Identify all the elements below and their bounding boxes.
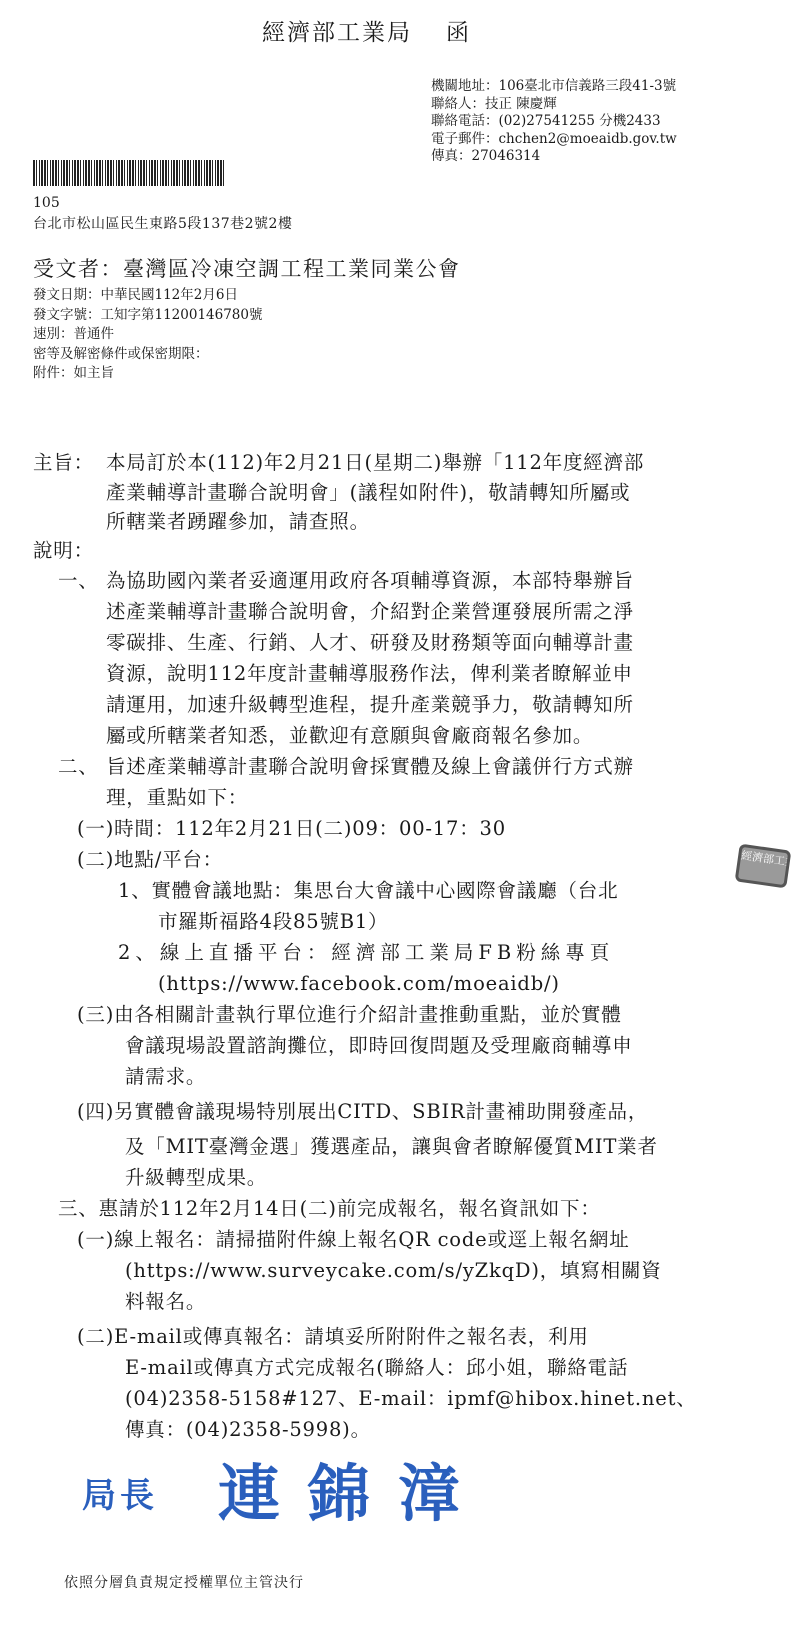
item1-line: 請運用，加速升級轉型進程，提升產業競爭力，敬請轉知所 xyxy=(106,690,634,720)
speed-class: 速別：普通件 xyxy=(33,325,262,345)
mailing-address: 台北市松山區民生東路5段137巷2號2樓 xyxy=(33,213,292,233)
subject-line: 產業輔導計畫聯合說明會」(議程如附件)，敬請轉知所屬或 xyxy=(106,478,644,508)
attachment: 附件：如主旨 xyxy=(33,364,262,384)
mailing-zip: 105 xyxy=(33,195,60,211)
venue-online-url: (https://www.facebook.com/moeaidb/) xyxy=(158,969,560,999)
barcode-image xyxy=(33,160,226,186)
doc-type: 函 xyxy=(446,20,471,46)
item2-sub4-line: 及「MIT臺灣金選」獲選產品，讓與會者瞭解優質MIT業者 xyxy=(125,1132,658,1162)
venue-physical: 1、實體會議地點：集思台大會議中心國際會議廳（台北 xyxy=(118,876,618,906)
item2-sub3-line: (三)由各相關計畫執行單位進行介紹計畫推動重點，並於實體 xyxy=(77,1000,622,1030)
subject-label: 主旨： xyxy=(33,448,94,478)
subject-text: 本局訂於本(112)年2月21日(星期二)舉辦「112年度經濟部 產業輔導計畫聯… xyxy=(106,448,644,537)
subject-line: 所轄業者踴躍參加，請查照。 xyxy=(106,507,644,537)
item3-sub1-url: (https://www.surveycake.com/s/yZkqD)，填寫相… xyxy=(125,1256,662,1286)
contact-fax: 傳真：27046314 xyxy=(431,148,677,166)
item1-line: 為協助國內業者妥適運用政府各項輔導資源，本部特舉辦旨 xyxy=(106,566,634,596)
subject-line: 本局訂於本(112)年2月21日(星期二)舉辦「112年度經濟部 xyxy=(106,448,644,478)
venue-online: 2、線上直播平台：經濟部工業局FB粉絲專頁 xyxy=(118,938,614,968)
contact-block: 機關地址：106臺北市信義路三段41-3號 聯絡人：技正 陳慶輝 聯絡電話：(0… xyxy=(431,78,677,166)
agency-name: 經濟部工業局 xyxy=(262,20,412,46)
item1-marker: 一、 xyxy=(58,566,99,596)
item1-line: 資源，說明112年度計畫輔導服務作法，俾利業者瞭解並申 xyxy=(106,659,633,689)
item2-line: 理，重點如下： xyxy=(106,783,248,813)
item3-sub2-line: E-mail或傳真方式完成報名(聯絡人：邱小姐，聯絡電話 xyxy=(125,1353,628,1383)
document-title: 經濟部工業局函 xyxy=(262,14,471,47)
item2-line: 旨述產業輔導計畫聯合說明會採實體及線上會議併行方式辦 xyxy=(106,752,634,782)
item3-sub2-line: (二)E-mail或傳真報名：請填妥所附附件之報名表，利用 xyxy=(77,1322,589,1352)
item3-line: 三、惠請於112年2月14日(二)前完成報名，報名資訊如下： xyxy=(58,1194,601,1224)
agency-address: 機關地址：106臺北市信義路三段41-3號 xyxy=(431,78,677,96)
item1-line: 述產業輔導計畫聯合說明會，介紹對企業營運發展所需之淨 xyxy=(106,597,634,627)
document-meta: 發文日期：中華民國112年2月6日 發文字號：工知字第11200146780號 … xyxy=(33,286,262,384)
item3-sub1-line: (一)線上報名：請掃描附件線上報名QR code或逕上報名網址 xyxy=(77,1225,630,1255)
classification: 密等及解密條件或保密期限： xyxy=(33,345,262,365)
item3-sub2-line: 傳真：(04)2358-5998)。 xyxy=(125,1415,371,1445)
item2-time: (一)時間：112年2月21日(二)09：00-17：30 xyxy=(77,814,506,844)
delegation-note: 依照分層負責規定授權單位主管決行 xyxy=(64,1572,304,1592)
item2-venue-label: (二)地點/平台： xyxy=(77,845,223,875)
doc-number: 發文字號：工知字第11200146780號 xyxy=(33,306,262,326)
contact-phone: 聯絡電話：(02)27541255 分機2433 xyxy=(431,113,677,131)
contact-person: 聯絡人：技正 陳慶輝 xyxy=(431,96,677,114)
contact-email: 電子郵件：chchen2@moeaidb.gov.tw xyxy=(431,131,677,149)
venue-physical-address: 市羅斯福路4段85號B1） xyxy=(158,907,388,937)
item3-sub1-line: 料報名。 xyxy=(125,1287,206,1317)
item2-marker: 二、 xyxy=(58,752,99,782)
seal-stamp: 經濟部工業 xyxy=(735,844,792,889)
item2-sub4-line: 升級轉型成果。 xyxy=(125,1163,267,1193)
signature-title: 局長 xyxy=(82,1468,158,1517)
recipient: 受文者：臺灣區冷凍空調工程工業同業公會 xyxy=(33,253,461,283)
item1-line: 零碳排、生產、行銷、人才、研發及財務類等面向輔導計畫 xyxy=(106,628,634,658)
item2-sub3-line: 請需求。 xyxy=(125,1062,206,1092)
explanation-label: 說明： xyxy=(33,536,94,566)
item2-sub4-line: (四)另實體會議現場特別展出CITD、SBIR計畫補助開發產品， xyxy=(77,1097,648,1127)
item3-sub2-line: (04)2358-5158#127、E-mail：ipmf@hibox.hine… xyxy=(125,1384,697,1414)
issue-date: 發文日期：中華民國112年2月6日 xyxy=(33,286,262,306)
item2-sub3-line: 會議現場設置諮詢攤位，即時回復問題及受理廠商輔導申 xyxy=(125,1031,633,1061)
item1-line: 屬或所轄業者知悉，並歡迎有意願與會廠商報名參加。 xyxy=(106,721,593,751)
signature-name: 連錦漳 xyxy=(218,1444,488,1533)
